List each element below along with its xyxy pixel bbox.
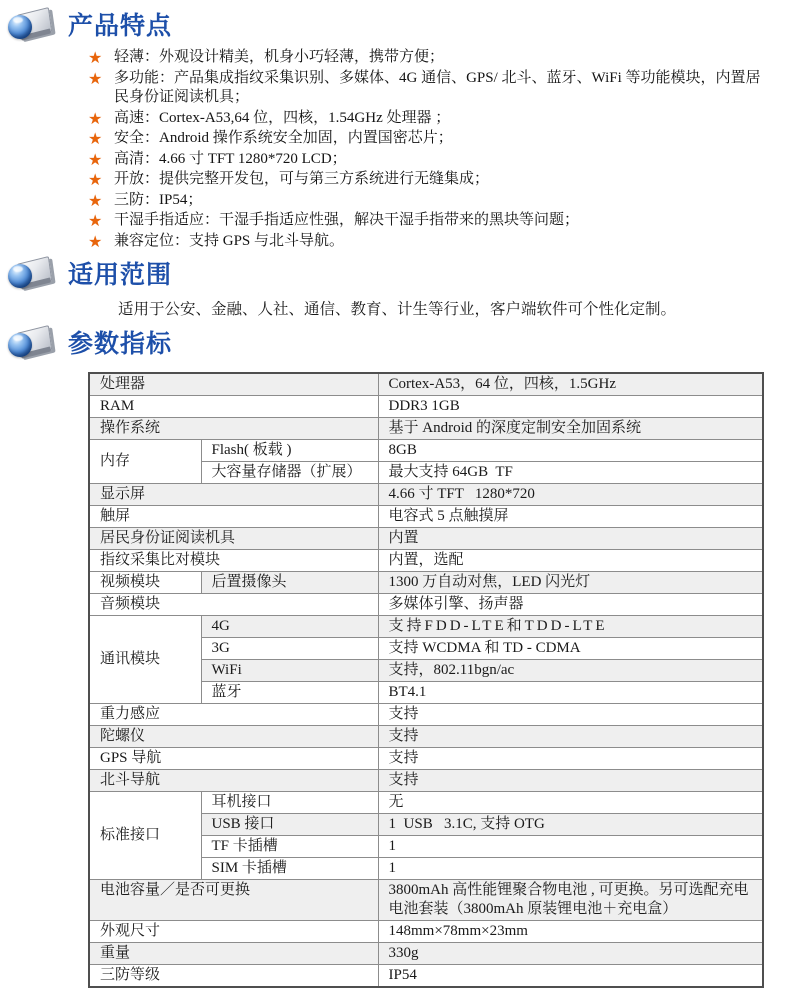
- spec-value: 最大支持 64GB TF: [378, 462, 763, 484]
- star-icon: ★: [88, 191, 102, 210]
- star-icon: ★: [88, 129, 102, 148]
- feature-text: 开放：提供完整开发包，可与第三方系统进行无缝集成；: [114, 171, 489, 187]
- feature-item: ★三防：IP54；: [88, 191, 764, 211]
- spec-row: 视频模块后置摄像头1300 万自动对焦，LED 闪光灯: [89, 572, 763, 594]
- spec-row: 通讯模块4G支持FDD-LTE和TDD-LTE: [89, 616, 763, 638]
- star-icon: ★: [88, 150, 102, 169]
- spec-sub-label: 耳机接口: [201, 792, 378, 814]
- section-header-features: 产品特点: [6, 6, 790, 46]
- spec-table: 处理器Cortex-A53，64 位，四核，1.5GHzRAMDDR3 1GB操…: [88, 372, 764, 988]
- feature-item: ★轻薄：外观设计精美，机身小巧轻薄，携带方便；: [88, 48, 764, 68]
- feature-text: 多功能：产品集成指纹采集识别、多媒体、4G 通信、GPS/ 北斗、蓝牙、WiFi…: [114, 70, 761, 106]
- spec-label: 重量: [89, 943, 378, 965]
- feature-list: ★轻薄：外观设计精美，机身小巧轻薄，携带方便；★多功能：产品集成指纹采集识别、多…: [88, 48, 764, 251]
- spec-row: 重力感应支持: [89, 704, 763, 726]
- spec-value: 1: [378, 836, 763, 858]
- spec-label: 居民身份证阅读机具: [89, 528, 378, 550]
- spec-value: 基于 Android 的深度定制安全加固系统: [378, 418, 763, 440]
- feature-item: ★兼容定位：支持 GPS 与北斗导航。: [88, 232, 764, 252]
- feature-item: ★高清：4.66 寸 TFT 1280*720 LCD；: [88, 150, 764, 170]
- spec-value: 支持: [378, 748, 763, 770]
- globe-highlight: [13, 335, 23, 341]
- spec-row: 标准接口耳机接口无: [89, 792, 763, 814]
- product-spec-page: 产品特点 ★轻薄：外观设计精美，机身小巧轻薄，携带方便；★多功能：产品集成指纹采…: [0, 6, 790, 1001]
- spec-value: IP54: [378, 965, 763, 988]
- spec-sub-label: WiFi: [201, 660, 378, 682]
- spec-value: 8GB: [378, 440, 763, 462]
- spec-row: 音频模块多媒体引擎、扬声器: [89, 594, 763, 616]
- section-title-features: 产品特点: [68, 7, 172, 45]
- spec-group-label: 视频模块: [89, 572, 201, 594]
- spec-value: 无: [378, 792, 763, 814]
- spec-value: DDR3 1GB: [378, 396, 763, 418]
- spec-row: 处理器Cortex-A53，64 位，四核，1.5GHz: [89, 373, 763, 396]
- spec-row: 触屏电容式 5 点触摸屏: [89, 506, 763, 528]
- feature-item: ★开放：提供完整开发包，可与第三方系统进行无缝集成；: [88, 170, 764, 190]
- section-header-specs: 参数指标: [6, 324, 790, 364]
- section-header-scope: 适用范围: [6, 255, 790, 295]
- feature-item: ★多功能：产品集成指纹采集识别、多媒体、4G 通信、GPS/ 北斗、蓝牙、WiF…: [88, 69, 764, 108]
- spec-row: 操作系统基于 Android 的深度定制安全加固系统: [89, 418, 763, 440]
- spec-sub-label: 后置摄像头: [201, 572, 378, 594]
- spec-sub-label: 大容量存储器（扩展）: [201, 462, 378, 484]
- feature-text: 安全：Android 操作系统安全加固，内置国密芯片；: [114, 130, 453, 146]
- feature-text: 高清：4.66 寸 TFT 1280*720 LCD；: [114, 151, 347, 167]
- globe-highlight: [13, 17, 23, 23]
- spec-label: GPS 导航: [89, 748, 378, 770]
- spec-value: 支持: [378, 704, 763, 726]
- star-icon: ★: [88, 232, 102, 251]
- star-icon: ★: [88, 170, 102, 189]
- spec-value: BT4.1: [378, 682, 763, 704]
- spec-label: 操作系统: [89, 418, 378, 440]
- globe-notebook-icon: [6, 6, 56, 46]
- spec-value: 4.66 寸 TFT 1280*720: [378, 484, 763, 506]
- specs-table-body: 处理器Cortex-A53，64 位，四核，1.5GHzRAMDDR3 1GB操…: [89, 373, 763, 987]
- spec-sub-label: 3G: [201, 638, 378, 660]
- spec-label: 音频模块: [89, 594, 378, 616]
- spec-row: 三防等级IP54: [89, 965, 763, 988]
- spec-row: 内存Flash( 板载 )8GB: [89, 440, 763, 462]
- spec-row: 外观尺寸148mm×78mm×23mm: [89, 921, 763, 943]
- spec-row: 居民身份证阅读机具内置: [89, 528, 763, 550]
- spec-sub-label: 4G: [201, 616, 378, 638]
- spec-label: 三防等级: [89, 965, 378, 988]
- globe-notebook-icon: [6, 255, 56, 295]
- globe-notebook-icon: [6, 324, 56, 364]
- spec-value: 内置，选配: [378, 550, 763, 572]
- scope-paragraph: 适用于公安、金融、人社、通信、教育、计生等行业，客户端软件可个性化定制。: [88, 299, 760, 320]
- spec-sub-label: TF 卡插槽: [201, 836, 378, 858]
- spec-value: 多媒体引擎、扬声器: [378, 594, 763, 616]
- spec-value: 支持，802.11bgn/ac: [378, 660, 763, 682]
- spec-label: RAM: [89, 396, 378, 418]
- spec-value: 1 USB 3.1C, 支持 OTG: [378, 814, 763, 836]
- spec-row: 显示屏4.66 寸 TFT 1280*720: [89, 484, 763, 506]
- spec-value: 支持: [378, 770, 763, 792]
- spec-row: 电池容量／是否可更换3800mAh 高性能锂聚合物电池 , 可更换。另可选配充电…: [89, 880, 763, 921]
- feature-item: ★高速：Cortex-A53,64 位，四核，1.54GHz 处理器 ；: [88, 109, 764, 129]
- feature-text: 高速：Cortex-A53,64 位，四核，1.54GHz 处理器 ；: [114, 110, 450, 126]
- feature-text: 兼容定位：支持 GPS 与北斗导航。: [114, 233, 344, 249]
- star-icon: ★: [88, 69, 102, 88]
- spec-sub-label: Flash( 板载 ): [201, 440, 378, 462]
- section-title-scope: 适用范围: [68, 256, 172, 294]
- spec-row: RAMDDR3 1GB: [89, 396, 763, 418]
- feature-item: ★干湿手指适应：干湿手指适应性强，解决干湿手指带来的黑块等问题；: [88, 211, 764, 231]
- spec-label: 处理器: [89, 373, 378, 396]
- spec-value: 148mm×78mm×23mm: [378, 921, 763, 943]
- spec-label: 指纹采集比对模块: [89, 550, 378, 572]
- spec-value: 3800mAh 高性能锂聚合物电池 , 可更换。另可选配充电电池套装（3800m…: [378, 880, 763, 921]
- star-icon: ★: [88, 109, 102, 128]
- spec-value: 支持: [378, 726, 763, 748]
- spec-sub-label: SIM 卡插槽: [201, 858, 378, 880]
- spec-row: GPS 导航支持: [89, 748, 763, 770]
- spec-row: 北斗导航支持: [89, 770, 763, 792]
- spec-row: 陀螺仪支持: [89, 726, 763, 748]
- feature-text: 干湿手指适应：干湿手指适应性强，解决干湿手指带来的黑块等问题；: [114, 212, 579, 228]
- globe-highlight: [13, 266, 23, 272]
- feature-item: ★安全：Android 操作系统安全加固，内置国密芯片；: [88, 129, 764, 149]
- spec-label: 陀螺仪: [89, 726, 378, 748]
- spec-value: Cortex-A53，64 位，四核，1.5GHz: [378, 373, 763, 396]
- spec-label: 触屏: [89, 506, 378, 528]
- spec-group-label: 通讯模块: [89, 616, 201, 704]
- spec-value: 支持FDD-LTE和TDD-LTE: [378, 616, 763, 638]
- spec-sub-label: 蓝牙: [201, 682, 378, 704]
- spec-value: 内置: [378, 528, 763, 550]
- spec-value: 电容式 5 点触摸屏: [378, 506, 763, 528]
- spec-label: 显示屏: [89, 484, 378, 506]
- spec-group-label: 内存: [89, 440, 201, 484]
- section-title-specs: 参数指标: [68, 325, 172, 363]
- spec-row: 指纹采集比对模块内置，选配: [89, 550, 763, 572]
- star-icon: ★: [88, 48, 102, 67]
- spec-value: 330g: [378, 943, 763, 965]
- spec-label: 外观尺寸: [89, 921, 378, 943]
- spec-value: 1: [378, 858, 763, 880]
- spec-label: 电池容量／是否可更换: [89, 880, 378, 921]
- star-icon: ★: [88, 211, 102, 230]
- spec-label: 重力感应: [89, 704, 378, 726]
- feature-text: 轻薄：外观设计精美，机身小巧轻薄，携带方便；: [114, 49, 444, 65]
- spec-label: 北斗导航: [89, 770, 378, 792]
- spec-value: 支持 WCDMA 和 TD - CDMA: [378, 638, 763, 660]
- spec-sub-label: USB 接口: [201, 814, 378, 836]
- feature-text: 三防：IP54；: [114, 192, 202, 208]
- spec-group-label: 标准接口: [89, 792, 201, 880]
- spec-value: 1300 万自动对焦，LED 闪光灯: [378, 572, 763, 594]
- spec-row: 重量330g: [89, 943, 763, 965]
